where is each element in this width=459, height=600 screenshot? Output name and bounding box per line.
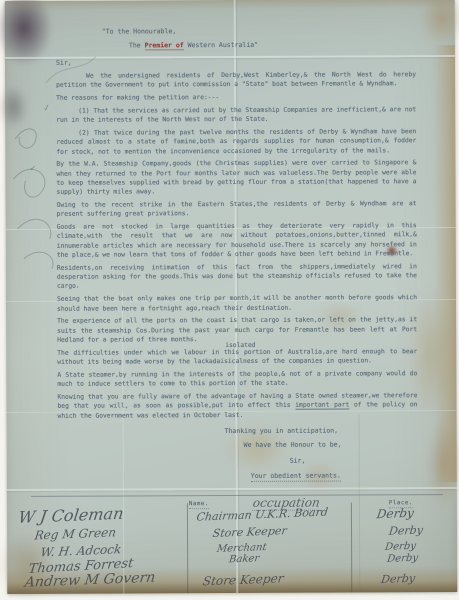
signature-occupation: Store Keeper bbox=[186, 522, 353, 541]
addressee-prefix: The bbox=[129, 41, 145, 49]
paragraph-reason-2: (2) That twice during the past twelve mo… bbox=[56, 127, 416, 156]
signature-row: Andrew M Govern Store Keeper Derby bbox=[15, 570, 455, 588]
addressee-line-1: "To the Honourable, bbox=[102, 27, 176, 35]
discolored-top-edge bbox=[5, 0, 455, 11]
paragraph-strike: Owing to the recent strike in the Easter… bbox=[57, 199, 417, 219]
signature-occupation: Store Keeper bbox=[186, 569, 353, 589]
paragraph-petition: We the undersigned residents of Derby,We… bbox=[56, 70, 416, 90]
closing-obedient-servants: Your obedient servants. bbox=[251, 472, 341, 482]
signature-place: Derby bbox=[350, 522, 456, 539]
paragraph-knowing: Knowing that you are fully aware of the … bbox=[57, 391, 417, 420]
underlined-important-part: important part bbox=[295, 402, 349, 410]
closing-thanking: Thanking you in anticipation, bbox=[225, 427, 339, 435]
paragraph-one-trip: Seeing that the boat only makes one trip… bbox=[57, 293, 417, 313]
pencil-checkmark-2: ✓ bbox=[29, 163, 37, 173]
stain-right-lower bbox=[427, 419, 459, 509]
signature-place: Derby bbox=[350, 570, 456, 587]
closing-honour: We have the Honour to be, bbox=[244, 441, 342, 449]
paragraph-residents: Residents,on receiving intimation of thi… bbox=[57, 262, 417, 291]
paragraph-difficulties-text: The difficulties under which we labour i… bbox=[57, 348, 417, 366]
premier-of-red-ink: Premier of bbox=[145, 41, 184, 50]
paragraph-overcarried: By the W.A. Steamship Company,goods (the… bbox=[56, 159, 416, 198]
signature-occupation: Chairman U.K.R. Board bbox=[186, 505, 353, 524]
pencil-checkmark: ✓ bbox=[42, 103, 51, 114]
signature-table-top-rule bbox=[31, 494, 443, 497]
document-page: ✓ ✓ "To the Honourable, The Premier of W… bbox=[5, 0, 458, 594]
closing-sir: Sir, bbox=[290, 457, 306, 465]
addressee-suffix: Western Australia" bbox=[184, 41, 258, 49]
horizontal-fold-crease-1 bbox=[5, 55, 455, 59]
ink-stain-top-left bbox=[0, 0, 53, 67]
paragraph-difficulties: isolatedThe difficulties under which we … bbox=[57, 347, 417, 367]
letter-body: We the undersigned residents of Derby,We… bbox=[56, 70, 418, 424]
stain-top-right-corner bbox=[421, 0, 459, 45]
signature-place: Derby bbox=[350, 504, 456, 522]
paragraph-state-steamer: A State steamer,by running in the intere… bbox=[57, 369, 417, 389]
stain-left-edge bbox=[0, 85, 27, 129]
signature-row: Reg M Green Store Keeper Derby bbox=[15, 524, 455, 540]
paragraph-goods: Goods are not stocked in large quantitie… bbox=[57, 221, 417, 260]
paragraph-reasons: The reasons for making the petition are:… bbox=[56, 92, 416, 103]
salutation: Sir, bbox=[56, 59, 72, 67]
discolored-right-edge bbox=[433, 45, 457, 482]
horizontal-fold-crease-4 bbox=[7, 487, 457, 491]
signature-name: Andrew M Govern bbox=[24, 568, 189, 590]
signature-row: W J Coleman Chairman U.K.R. Board Derby bbox=[15, 503, 455, 524]
addressee-line-2: The Premier of Western Australia" bbox=[129, 41, 258, 50]
photo-background: ✓ ✓ "To the Honourable, The Premier of W… bbox=[0, 0, 459, 600]
paragraph-reason-1: (1) That the services as carried out by … bbox=[56, 105, 416, 125]
inserted-word-isolated: isolated bbox=[225, 341, 255, 350]
